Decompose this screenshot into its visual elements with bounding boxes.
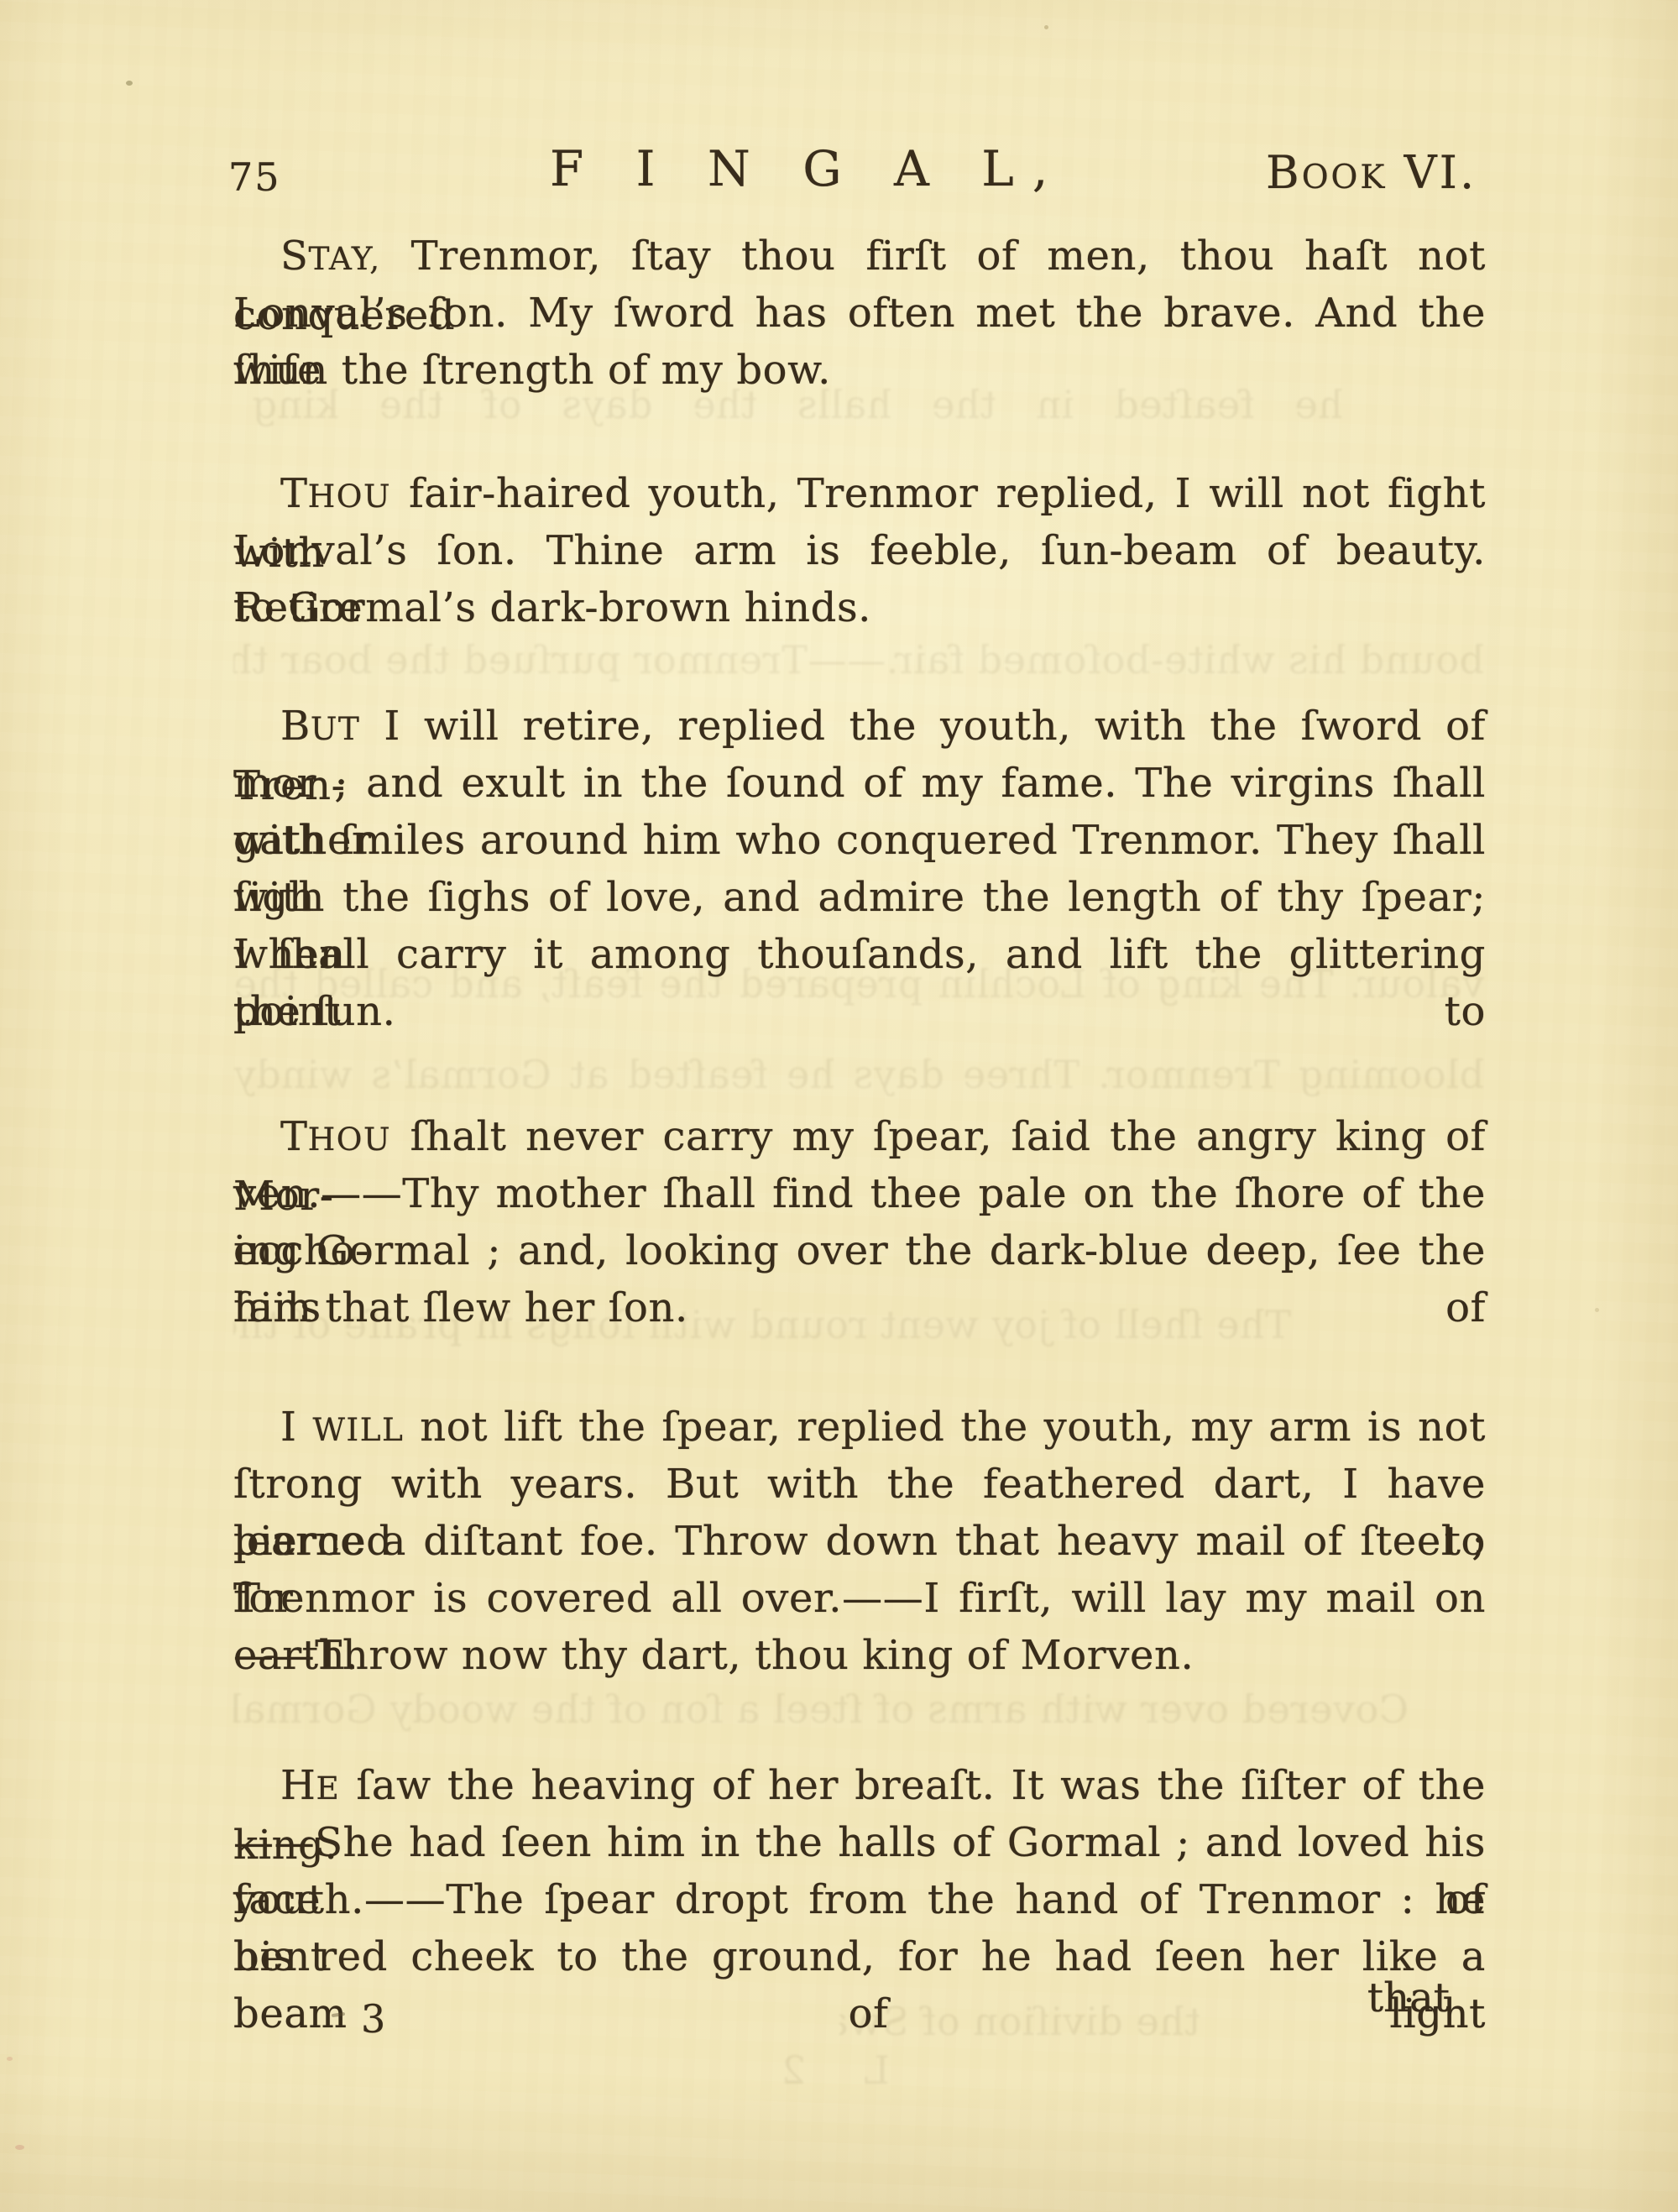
text-line: mor ; and exult in the ſound of my fame.… (233, 755, 1486, 812)
text-line: to Gormal’s dark-brown hinds. (233, 579, 1486, 636)
paragraph: BUT I will retire, replied the youth, wi… (233, 698, 1486, 1040)
text-line: youth.——The ſpear dropt from the hand of… (233, 1871, 1486, 1928)
text-line: with ſmiles around him who conquered Tre… (233, 812, 1486, 869)
scanned-book-page: he feaſted in the halls the days of the … (0, 0, 1678, 2212)
paragraph: THOU ſhalt never carry my ſpear, ſaid th… (233, 1108, 1486, 1336)
opening-capital: S (280, 233, 308, 280)
text-line: ſtrong with years. But with the feathere… (233, 1456, 1486, 1513)
text-line: THOU fair-haired youth, Trenmor replied,… (233, 465, 1486, 522)
text-line: ——She had ſeen him in the halls of Gorma… (233, 1814, 1486, 1871)
small-caps-word: HOU (308, 1121, 391, 1158)
small-caps-word: E (316, 1770, 340, 1807)
paragraph: HE ſaw the heaving of her breaſt. It was… (233, 1757, 1486, 1985)
paragraph: I WILL not lift the ſpear, replied the y… (233, 1399, 1486, 1684)
opening-capital: H (280, 1762, 316, 1809)
text-line: pierce a diſtant foe. Throw down that he… (233, 1513, 1486, 1570)
text-line: I ſhall carry it among thouſands, and li… (233, 926, 1486, 983)
text-line: his red cheek to the ground, for he had … (233, 1928, 1486, 1985)
text-block: STAY, Trenmor, ſtay thou firſt of men, t… (0, 0, 1678, 2212)
text-line: BUT I will retire, replied the youth, wi… (233, 698, 1486, 755)
text-line: ——Throw now thy dart, thou king of Morve… (233, 1627, 1486, 1684)
opening-capital: T (280, 470, 308, 517)
text-line: Trenmor is covered all over.——I firſt, w… (233, 1570, 1486, 1627)
opening-capital: T (280, 1113, 308, 1160)
text-line: ſhun the ſtrength of my bow. (233, 342, 1486, 399)
text-line: THOU ſhalt never carry my ſpear, ſaid th… (233, 1108, 1486, 1165)
text-line: I WILL not lift the ſpear, replied the y… (233, 1399, 1486, 1456)
text-line: Lonval’s ſon. My ſword has often met the… (233, 285, 1486, 342)
text-line: with the ſighs of love, and admire the l… (233, 869, 1486, 926)
small-caps-word: HOU (308, 478, 391, 515)
small-caps-word: TAY, (308, 240, 380, 277)
small-caps-word: WILL (312, 1411, 404, 1448)
opening-capital: B (280, 703, 311, 750)
text-line: HE ſaw the heaving of her breaſt. It was… (233, 1757, 1486, 1814)
text-line: ing Gormal ; and, looking over the dark-… (233, 1222, 1486, 1279)
text-line: Lonval’s ſon. Thine arm is feeble, ſun-b… (233, 522, 1486, 579)
opening-capital: I (280, 1404, 297, 1451)
text-line: STAY, Trenmor, ſtay thou firſt of men, t… (233, 227, 1486, 285)
text-line: ven.——Thy mother ſhall find thee pale on… (233, 1165, 1486, 1222)
small-caps-word: UT (311, 710, 361, 747)
paragraph: THOU fair-haired youth, Trenmor replied,… (233, 465, 1486, 636)
paragraph: STAY, Trenmor, ſtay thou firſt of men, t… (233, 227, 1486, 399)
